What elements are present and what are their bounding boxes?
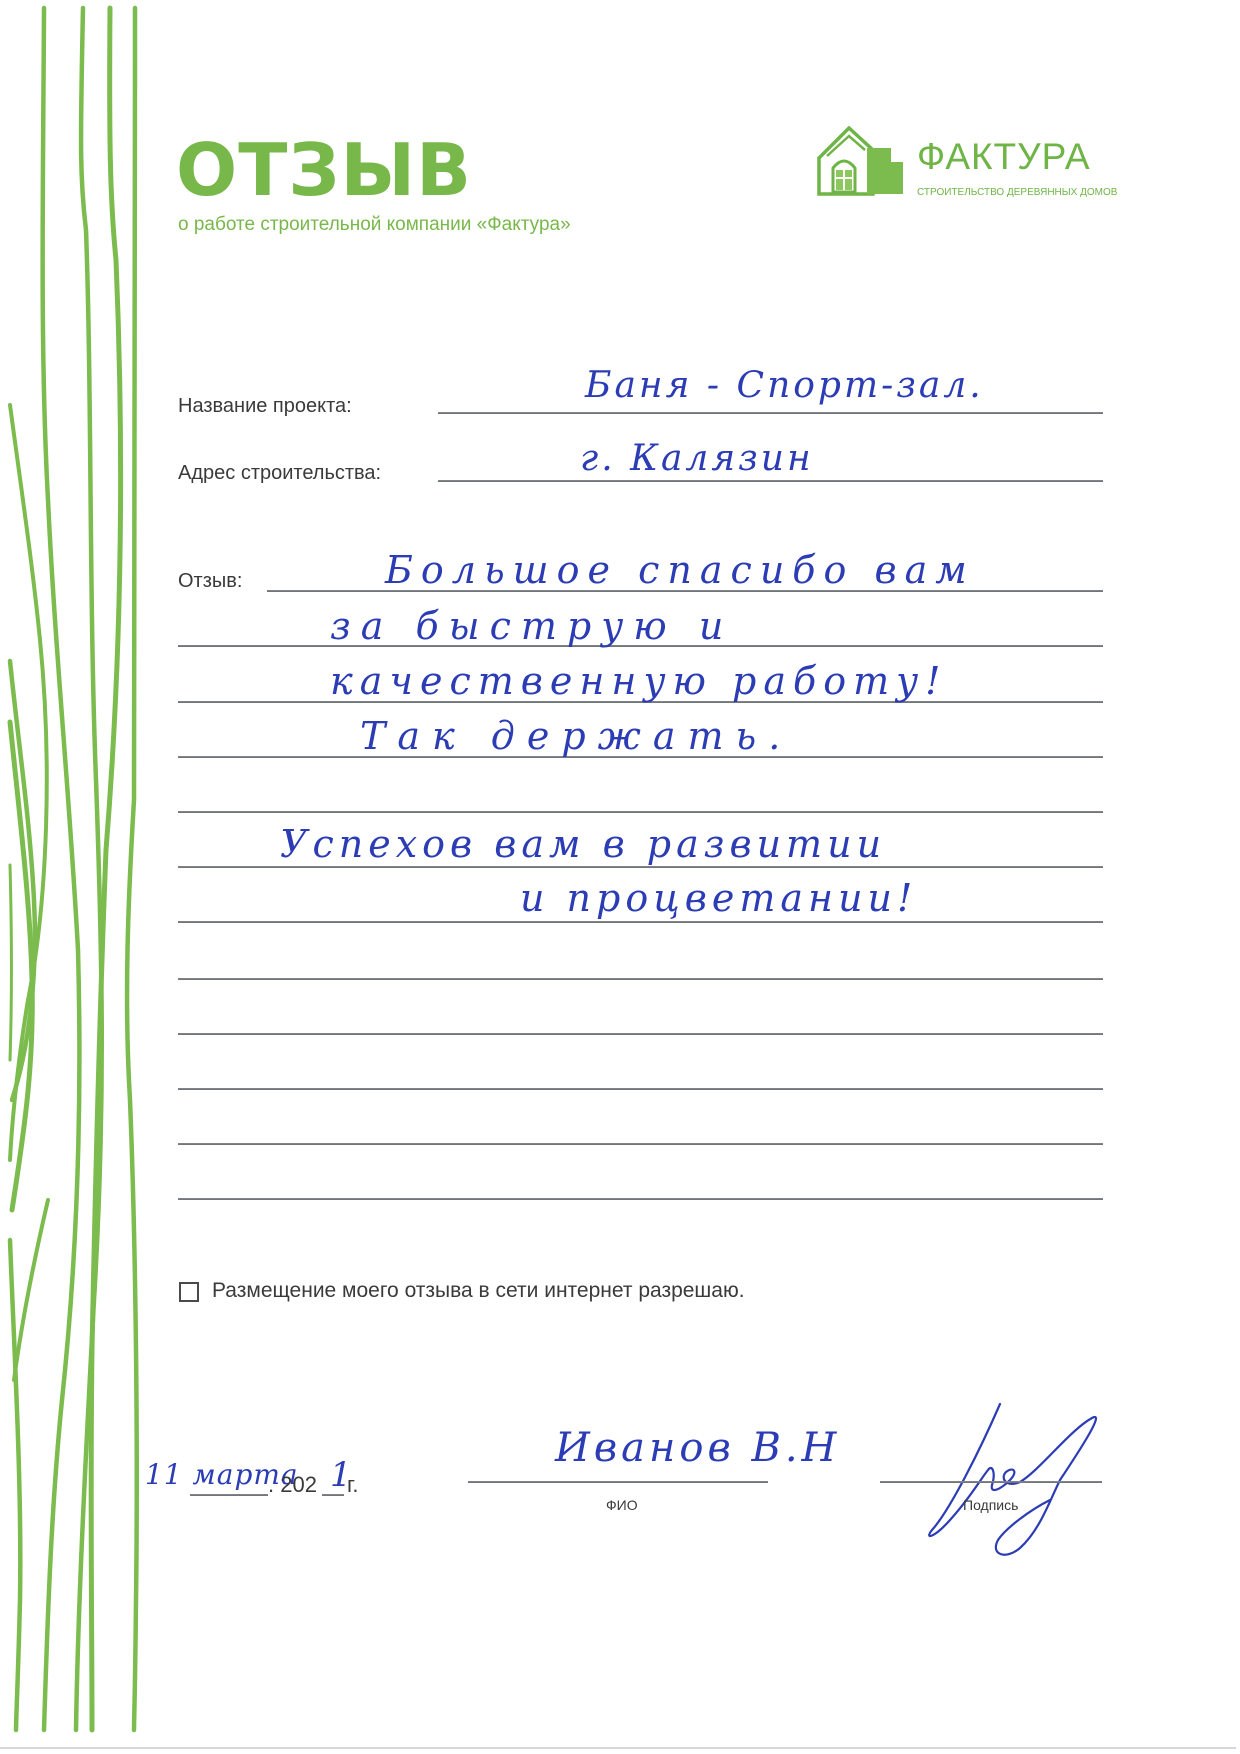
review-form-page: ОТЗЫВ о работе строительной компании «Фа… (0, 0, 1240, 1754)
review-text-line[interactable]: Так держать. (360, 714, 792, 758)
review-line (178, 1088, 1103, 1090)
date-year-prefix: . 202 (268, 1472, 317, 1498)
review-line (178, 978, 1103, 980)
project-name-value[interactable]: Баня - Спорт-зал. (585, 365, 984, 406)
review-text-line[interactable]: и процветании! (520, 876, 917, 920)
house-icon (815, 122, 915, 202)
fio-line (468, 1481, 768, 1483)
fio-value[interactable]: Иванов В.Н (555, 1425, 840, 1471)
page-title: ОТЗЫВ (176, 128, 472, 212)
consent-label: Размещение моего отзыва в сети интернет … (212, 1279, 745, 1303)
review-line (178, 866, 1103, 868)
project-name-line (438, 412, 1103, 414)
signature-line (880, 1481, 1102, 1483)
address-value[interactable]: г. Калязин (580, 438, 814, 479)
logo-name: ФАКТУРА (917, 136, 1091, 178)
review-line (178, 1033, 1103, 1035)
fio-caption: ФИО (606, 1497, 638, 1513)
page-subtitle: о работе строительной компании «Фактура» (178, 214, 571, 236)
address-label: Адрес строительства: (178, 462, 381, 485)
address-line (438, 480, 1103, 482)
date-line (190, 1494, 268, 1496)
logo-tagline: СТРОИТЕЛЬСТВО ДЕРЕВЯННЫХ ДОМОВ (917, 187, 1117, 198)
company-logo: ФАКТУРА СТРОИТЕЛЬСТВО ДЕРЕВЯННЫХ ДОМОВ (815, 122, 1115, 202)
review-text-line[interactable]: Большое спасибо вам (385, 548, 975, 592)
review-label: Отзыв: (178, 570, 242, 593)
review-line (178, 811, 1103, 813)
decorative-lines-icon (0, 0, 160, 1754)
signature-caption: Подпись (963, 1497, 1018, 1513)
signature-icon[interactable] (910, 1390, 1110, 1560)
date-year-unit: г. (347, 1472, 358, 1498)
review-line (178, 921, 1103, 923)
date-year-line (322, 1494, 344, 1496)
review-text-line[interactable]: качественную работу! (330, 659, 947, 703)
consent-checkbox[interactable] (179, 1282, 199, 1302)
review-text-line[interactable]: Успехов вам в развитии (280, 822, 886, 866)
review-text-line[interactable]: за быструю и (330, 604, 733, 648)
project-name-label: Название проекта: (178, 395, 352, 418)
scan-edge (0, 1747, 1236, 1749)
review-line (178, 1143, 1103, 1145)
review-line (178, 1198, 1103, 1200)
